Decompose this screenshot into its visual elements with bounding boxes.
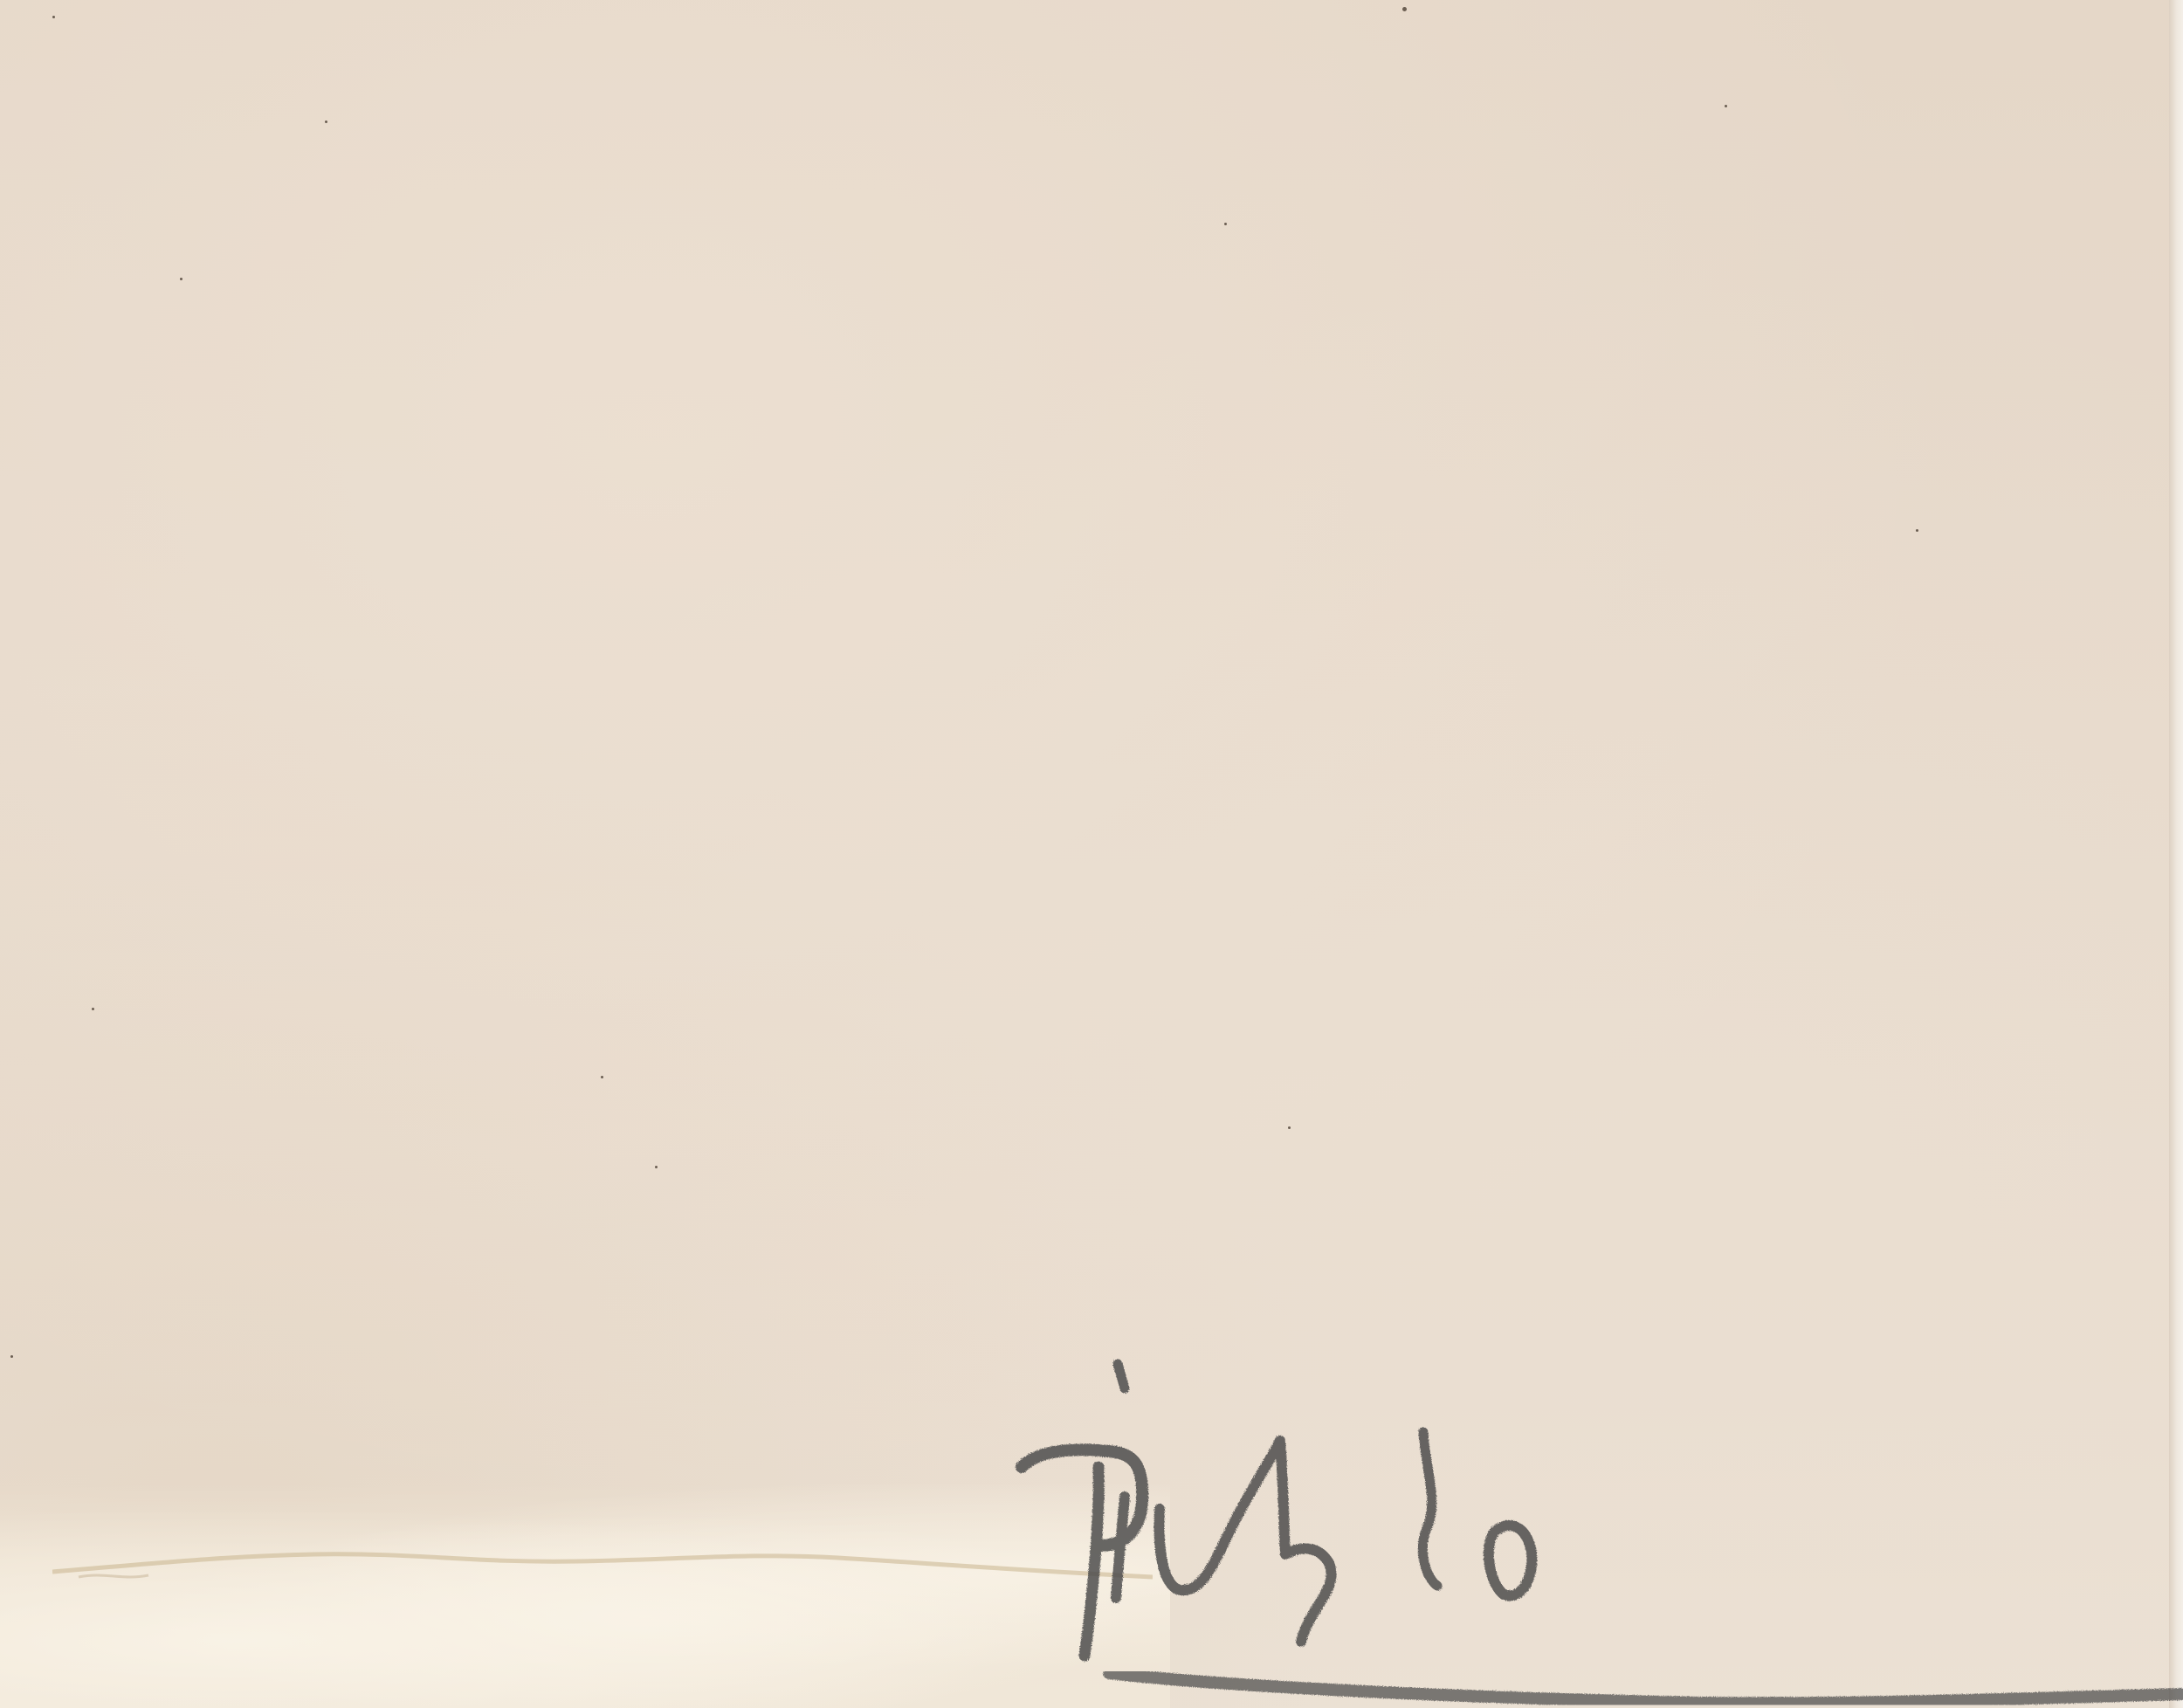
paper-speck (52, 16, 55, 18)
paper-speck (1224, 223, 1227, 225)
abraded-paper-strip (0, 1484, 1170, 1708)
paper-speck (601, 1076, 603, 1078)
picasso-signature (1004, 1345, 2183, 1708)
paper-speck (92, 1008, 94, 1010)
paper-speck (1916, 529, 1918, 532)
paper-speck (1725, 105, 1727, 107)
paper-speck (1288, 1126, 1291, 1129)
paper-speck (655, 1166, 658, 1168)
paper-speck (325, 121, 327, 123)
paper-speck (1402, 7, 1407, 11)
paper-speck (180, 278, 182, 280)
stain-line (52, 1546, 1153, 1581)
paper-speck (10, 1355, 13, 1358)
